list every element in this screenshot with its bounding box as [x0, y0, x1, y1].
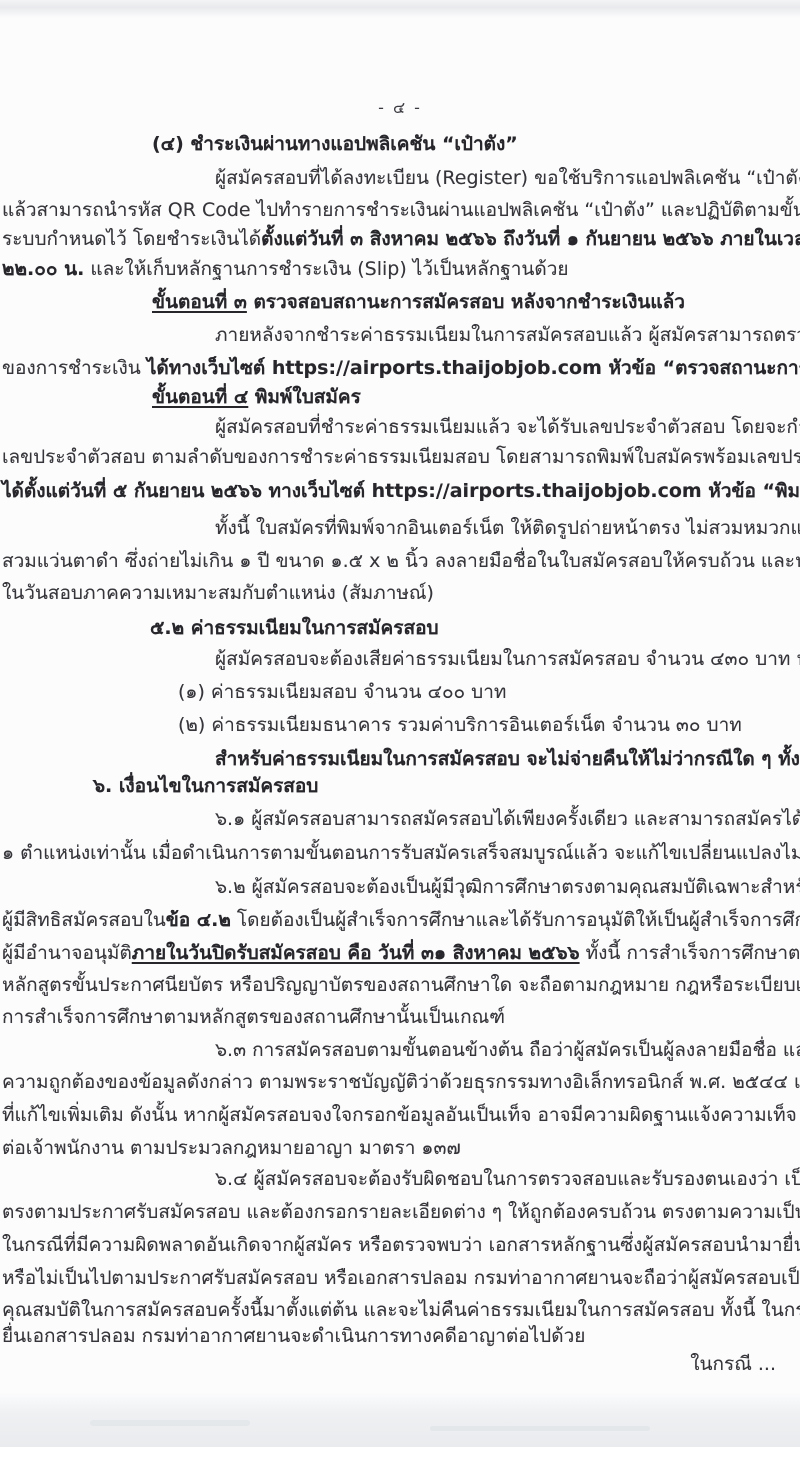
- text-line-26: ผู้มีอำนาจอนุมัติภายในวันปิดรับสมัครสอบ …: [2, 940, 800, 967]
- text-line-4: ระบบกำหนดไว้ โดยชำระเงินได้ตั้งแต่วันที่…: [2, 226, 800, 253]
- text-line-28: การสำเร็จการศึกษาตามหลักสูตรของสถานศึกษา…: [2, 1004, 505, 1031]
- text-line-8: ของการชำระเงิน ได้ทางเว็บไซต์ https://ai…: [2, 355, 800, 382]
- text-segment: ผู้สมัครสอบที่ได้ลงทะเบียน (Register) ขอ…: [215, 167, 800, 189]
- text-line-27: หลักสูตรขั้นประกาศนียบัตร หรือปริญญาบัตร…: [2, 972, 800, 999]
- text-segment: พิมพ์ใบสมัคร: [248, 386, 361, 408]
- text-segment: ได้ตั้งแต่วันที่ ๕ กันยายน ๒๕๖๖ ทางเว็บไ…: [2, 480, 800, 502]
- text-segment: ภายในวันปิดรับสมัครสอบ คือ วันที่ ๓๑ สิง…: [132, 942, 580, 964]
- text-line-24: ๖.๒ ผู้สมัครสอบจะต้องเป็นผู้มีวุฒิการศึก…: [215, 874, 800, 901]
- text-segment: ตรวจสอบสถานะการสมัครสอบ หลังจากชำระเงินแ…: [247, 291, 685, 313]
- text-segment: ของการชำระเงิน: [2, 357, 147, 379]
- text-line-20: สำหรับค่าธรรมเนียมในการสมัครสอบ จะไม่จ่า…: [215, 746, 800, 773]
- scan-edge-bottom-white: [0, 1447, 800, 1462]
- text-segment: โดยต้องเป็นผู้สำเร็จการศึกษาและได้รับการ…: [231, 909, 800, 931]
- text-segment: ๖.๒ ผู้สมัครสอบจะต้องเป็นผู้มีวุฒิการศึก…: [215, 876, 800, 898]
- text-line-39: ในกรณี ...: [690, 1351, 776, 1378]
- text-line-35: ในกรณีที่มีความผิดพลาดอันเกิดจากผู้สมัคร…: [2, 1232, 800, 1259]
- text-line-34: ตรงตามประกาศรับสมัครสอบ และต้องกรอกรายละ…: [2, 1199, 800, 1226]
- text-line-18: (๑) ค่าธรรมเนียมสอบ จำนวน ๔๐๐ บาท: [178, 679, 506, 706]
- text-segment: (๒) ค่าธรรมเนียมธนาคาร รวมค่าบริการอินเต…: [178, 714, 742, 736]
- text-line-5: ๒๒.๐๐ น. และให้เก็บหลักฐานการชำระเงิน (S…: [2, 256, 569, 283]
- text-line-16: ๕.๒ ค่าธรรมเนียมในการสมัครสอบ: [150, 615, 439, 642]
- text-segment: สวมแว่นตาดำ ซึ่งถ่ายไม่เกิน ๑ ปี ขนาด ๑.…: [2, 550, 800, 572]
- text-line-12: ได้ตั้งแต่วันที่ ๕ กันยายน ๒๕๖๖ ทางเว็บไ…: [2, 478, 800, 505]
- text-segment: เลขประจำตัวสอบ ตามลำดับของการชำระค่าธรรม…: [2, 446, 800, 468]
- text-segment: ที่แก้ไขเพิ่มเติม ดังนั้น หากผู้สมัครสอบ…: [2, 1104, 797, 1126]
- text-segment: สำหรับค่าธรรมเนียมในการสมัครสอบ จะไม่จ่า…: [215, 748, 800, 770]
- text-segment: ตั้งแต่วันที่ ๓ สิงหาคม ๒๕๖๖ ถึงวันที่ ๑…: [261, 228, 800, 250]
- text-line-3: แล้วสามารถนำรหัส QR Code ไปทำรายการชำระเ…: [2, 197, 800, 224]
- text-segment: ผู้สมัครสอบที่ชำระค่าธรรมเนียมแล้ว จะได้…: [215, 416, 800, 438]
- text-segment: ภายหลังจากชำระค่าธรรมเนียมในการสมัครสอบแ…: [215, 324, 800, 346]
- text-line-1: (๔) ชำระเงินผ่านทางแอปพลิเคชัน “เป๋าตัง”: [152, 131, 518, 158]
- text-segment: (๑) ค่าธรรมเนียมสอบ จำนวน ๔๐๐ บาท: [178, 681, 506, 703]
- text-line-11: เลขประจำตัวสอบ ตามลำดับของการชำระค่าธรรม…: [2, 444, 800, 471]
- text-segment: ในกรณีที่มีความผิดพลาดอันเกิดจากผู้สมัคร…: [2, 1234, 800, 1256]
- text-segment: ๖.๓ การสมัครสอบตามขั้นตอนข้างต้น ถือว่าผ…: [215, 1039, 800, 1061]
- scanned-document-page: - ๔ - (๔) ชำระเงินผ่านทางแอปพลิเคชัน “เป…: [0, 0, 800, 1462]
- text-line-15: ในวันสอบภาคความเหมาะสมกับตำแหน่ง (สัมภาษ…: [2, 580, 434, 607]
- text-line-37: คุณสมบัติในการสมัครสอบครั้งนี้มาตั้งแต่ต…: [2, 1297, 800, 1324]
- text-line-10: ผู้สมัครสอบที่ชำระค่าธรรมเนียมแล้ว จะได้…: [215, 414, 800, 441]
- text-line-30: ความถูกต้องของข้อมูลดังกล่าว ตามพระราชบั…: [2, 1069, 800, 1096]
- text-line-38: ยื่นเอกสารปลอม กรมท่าอากาศยานจะดำเนินการ…: [2, 1323, 585, 1350]
- text-segment: ผู้มีอำนาจอนุมัติ: [2, 942, 132, 964]
- text-segment: หรือไม่เป็นไปตามประกาศรับสมัครสอบ หรือเอ…: [2, 1267, 800, 1289]
- text-segment: ข้อ ๔.๒: [166, 909, 231, 931]
- text-line-32: ต่อเจ้าพนักงาน ตามประมวลกฎหมายอาญา มาตรา…: [2, 1135, 461, 1162]
- text-segment: แล้วสามารถนำรหัส QR Code ไปทำรายการชำระเ…: [2, 199, 800, 221]
- text-line-9: ขั้นตอนที่ ๔ พิมพ์ใบสมัคร: [152, 384, 361, 411]
- text-segment: การสำเร็จการศึกษาตามหลักสูตรของสถานศึกษา…: [2, 1006, 505, 1028]
- text-segment: (๔) ชำระเงินผ่านทางแอปพลิเคชัน “เป๋าตัง”: [152, 133, 518, 155]
- text-line-14: สวมแว่นตาดำ ซึ่งถ่ายไม่เกิน ๑ ปี ขนาด ๑.…: [2, 548, 800, 575]
- text-line-19: (๒) ค่าธรรมเนียมธนาคาร รวมค่าบริการอินเต…: [178, 712, 742, 739]
- text-line-17: ผู้สมัครสอบจะต้องเสียค่าธรรมเนียมในการสม…: [215, 646, 800, 673]
- text-segment: ผู้มีสิทธิสมัครสอบใน: [2, 909, 166, 931]
- text-segment: ๒๒.๐๐ น.: [2, 258, 84, 280]
- text-line-33: ๖.๔ ผู้สมัครสอบจะต้องรับผิดชอบในการตรวจส…: [215, 1166, 800, 1193]
- text-line-22: ๖.๑ ผู้สมัครสอบสามารถสมัครสอบได้เพียงครั…: [215, 806, 800, 833]
- text-segment: ในวันสอบภาคความเหมาะสมกับตำแหน่ง (สัมภาษ…: [2, 582, 434, 604]
- text-segment: ในกรณี ...: [690, 1353, 776, 1375]
- text-segment: หลักสูตรขั้นประกาศนียบัตร หรือปริญญาบัตร…: [2, 974, 800, 996]
- scan-edge-bottom: [0, 1392, 800, 1447]
- text-line-7: ภายหลังจากชำระค่าธรรมเนียมในการสมัครสอบแ…: [215, 322, 800, 349]
- text-segment: ทั้งนี้ การสำเร็จการศึกษาตาม: [580, 942, 800, 964]
- text-segment: และให้เก็บหลักฐานการชำระเงิน (Slip) ไว้เ…: [84, 258, 568, 280]
- text-segment: ยื่นเอกสารปลอม กรมท่าอากาศยานจะดำเนินการ…: [2, 1325, 585, 1347]
- text-segment: ได้ทางเว็บไซต์ https://airports.thaijobj…: [147, 357, 800, 379]
- text-segment: คุณสมบัติในการสมัครสอบครั้งนี้มาตั้งแต่ต…: [2, 1299, 800, 1321]
- text-segment: ทั้งนี้ ใบสมัครที่พิมพ์จากอินเตอร์เน็ต ใ…: [215, 517, 800, 539]
- text-line-6: ขั้นตอนที่ ๓ ตรวจสอบสถานะการสมัครสอบ หลั…: [152, 289, 685, 316]
- text-segment: ระบบกำหนดไว้ โดยชำระเงินได้: [2, 228, 261, 250]
- text-line-13: ทั้งนี้ ใบสมัครที่พิมพ์จากอินเตอร์เน็ต ใ…: [215, 515, 800, 542]
- text-segment: ความถูกต้องของข้อมูลดังกล่าว ตามพระราชบั…: [2, 1071, 800, 1093]
- text-segment: ขั้นตอนที่ ๓: [152, 291, 247, 313]
- text-line-36: หรือไม่เป็นไปตามประกาศรับสมัครสอบ หรือเอ…: [2, 1265, 800, 1292]
- document-body: (๔) ชำระเงินผ่านทางแอปพลิเคชัน “เป๋าตัง”…: [0, 0, 800, 1462]
- text-segment: ๑ ตำแหน่งเท่านั้น เมื่อดำเนินการตามขั้นต…: [2, 842, 800, 864]
- text-line-29: ๖.๓ การสมัครสอบตามขั้นตอนข้างต้น ถือว่าผ…: [215, 1037, 800, 1064]
- text-segment: ๖. เงื่อนไขในการสมัครสอบ: [93, 775, 318, 797]
- text-segment: ตรงตามประกาศรับสมัครสอบ และต้องกรอกรายละ…: [2, 1201, 800, 1223]
- text-segment: ผู้สมัครสอบจะต้องเสียค่าธรรมเนียมในการสม…: [215, 648, 800, 670]
- text-line-31: ที่แก้ไขเพิ่มเติม ดังนั้น หากผู้สมัครสอบ…: [2, 1102, 797, 1129]
- text-line-2: ผู้สมัครสอบที่ได้ลงทะเบียน (Register) ขอ…: [215, 165, 800, 192]
- text-segment: ๖.๑ ผู้สมัครสอบสามารถสมัครสอบได้เพียงครั…: [215, 808, 800, 830]
- text-line-21: ๖. เงื่อนไขในการสมัครสอบ: [93, 773, 318, 800]
- text-segment: ๕.๒ ค่าธรรมเนียมในการสมัครสอบ: [150, 617, 439, 639]
- text-segment: ขั้นตอนที่ ๔: [152, 386, 248, 408]
- text-line-25: ผู้มีสิทธิสมัครสอบในข้อ ๔.๒ โดยต้องเป็นผ…: [2, 907, 800, 934]
- text-line-23: ๑ ตำแหน่งเท่านั้น เมื่อดำเนินการตามขั้นต…: [2, 840, 800, 867]
- text-segment: ต่อเจ้าพนักงาน ตามประมวลกฎหมายอาญา มาตรา…: [2, 1137, 461, 1159]
- text-segment: ๖.๔ ผู้สมัครสอบจะต้องรับผิดชอบในการตรวจส…: [215, 1168, 800, 1190]
